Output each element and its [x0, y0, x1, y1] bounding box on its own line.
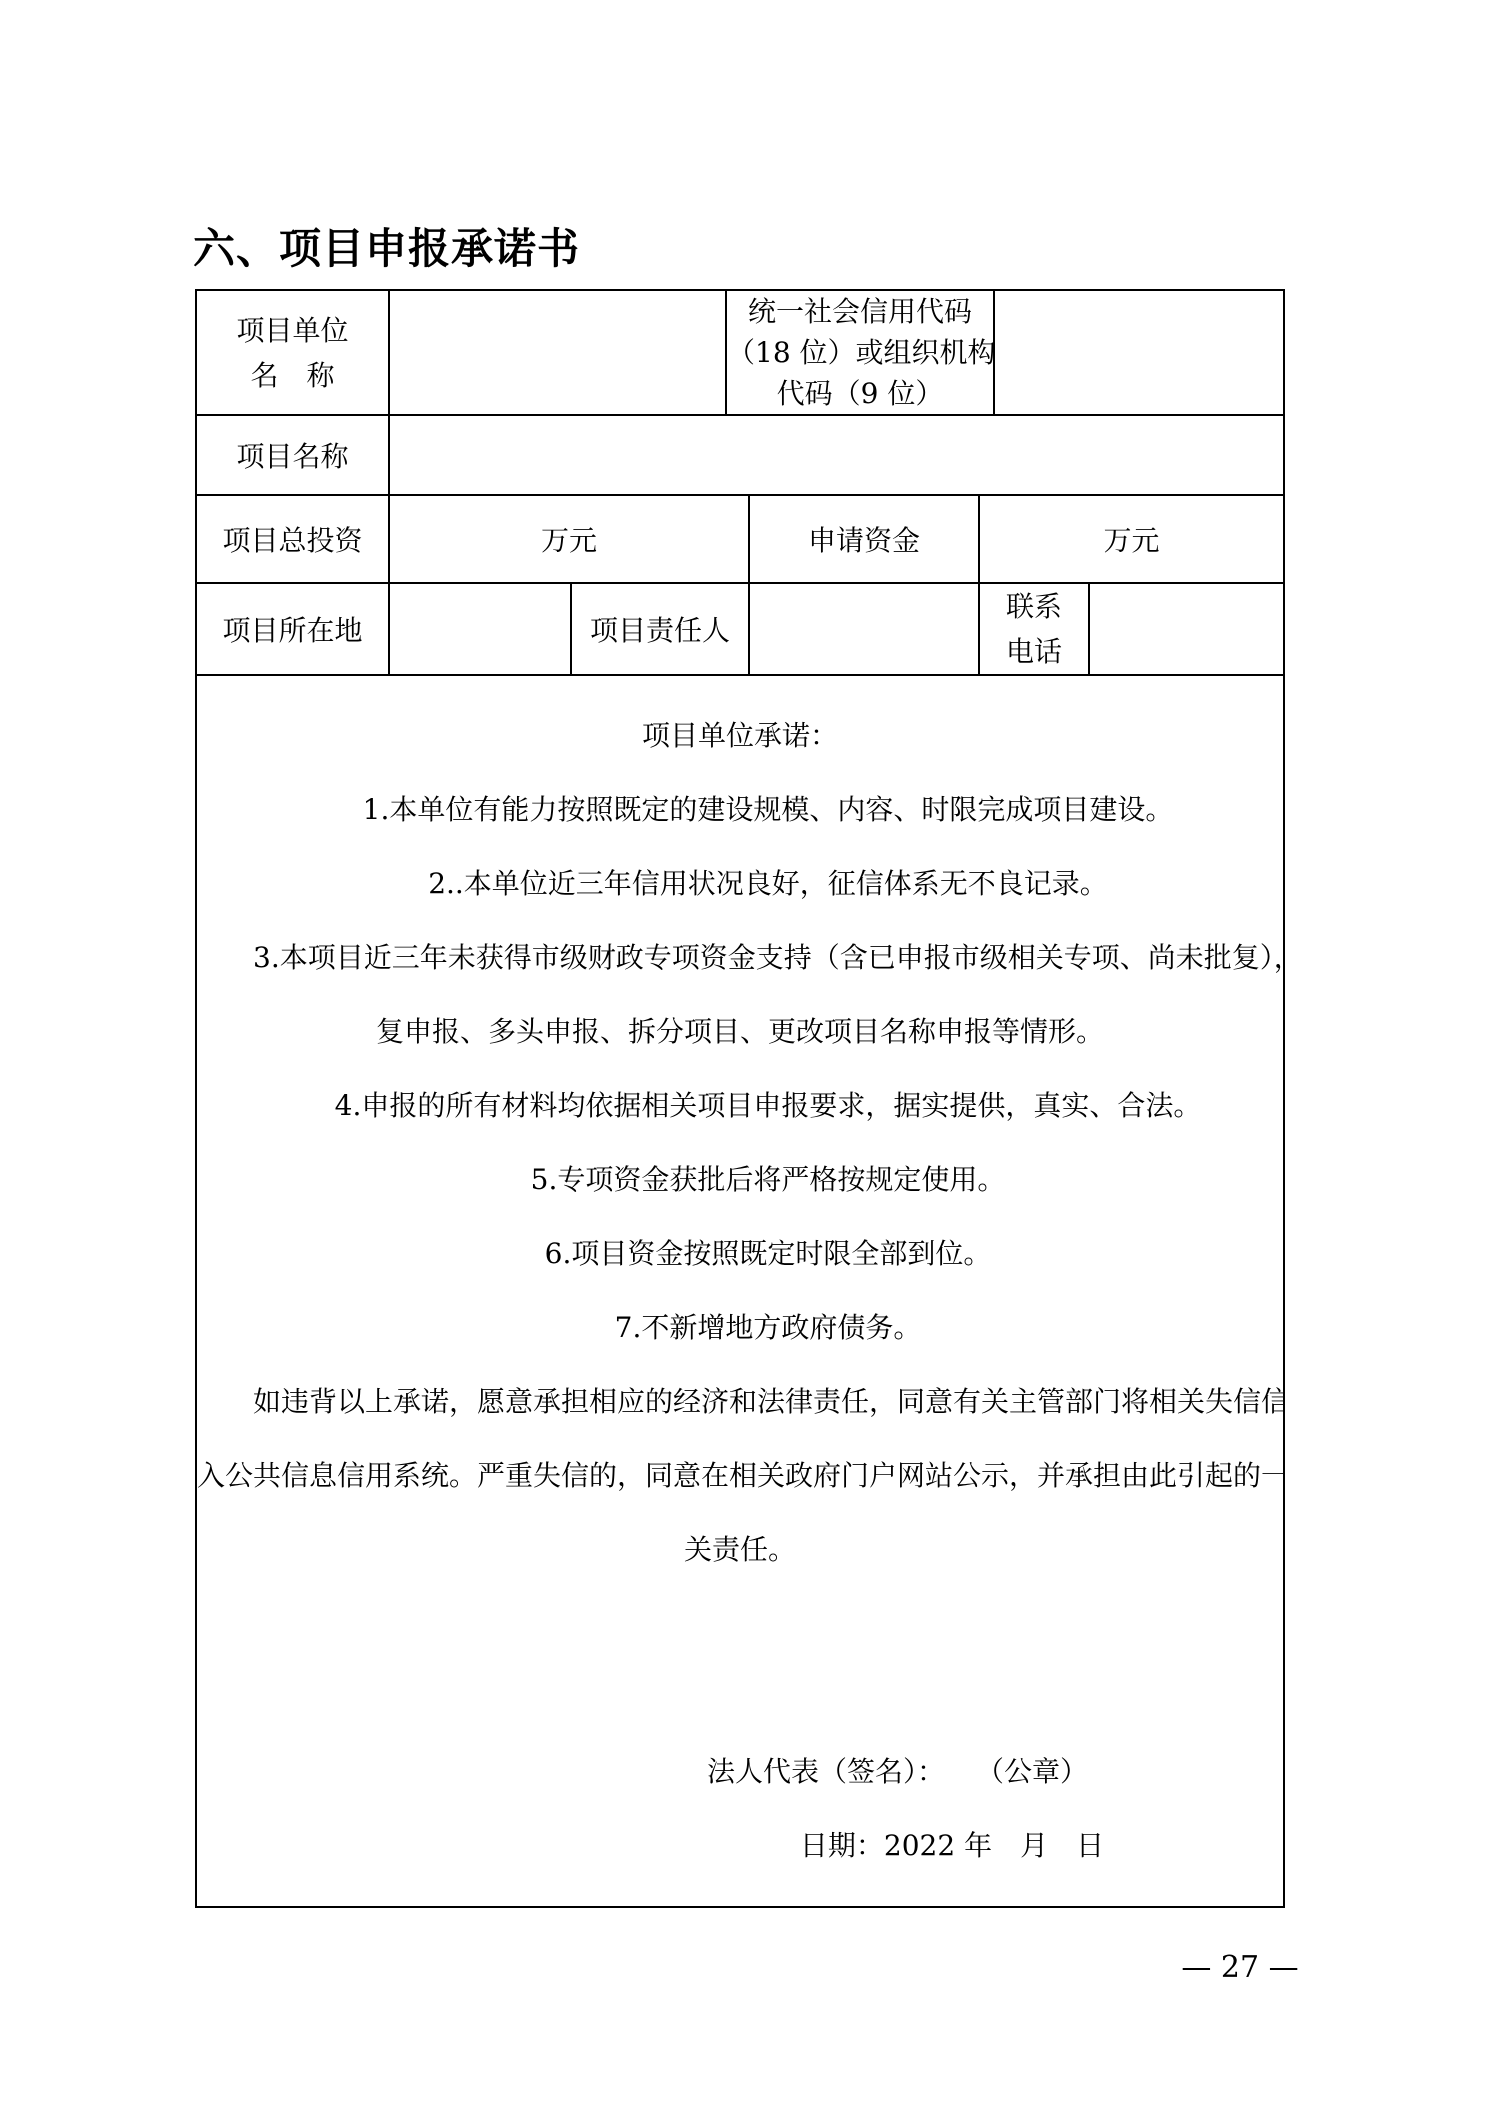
- commitment-line: 如违背以上承诺，愿意承担相应的经济和法律责任，同意有关主管部门将相关失信信息记: [197, 1365, 1283, 1439]
- credit-code-value-cell: [994, 290, 1284, 415]
- unit-name-value-cell: [389, 290, 726, 415]
- location-label: 项目所在地: [196, 583, 389, 675]
- phone-label: 联系 电话: [979, 583, 1089, 675]
- legal-representative-signature-label: 法人代表（签名）：: [707, 1755, 945, 1788]
- commitment-line: 6.项目资金按照既定时限全部到位。: [197, 1217, 1283, 1291]
- row-commitment: 项目单位承诺： 1.本单位有能力按照既定的建设规模、内容、时限完成项目建设。 2…: [196, 675, 1284, 1907]
- manager-label: 项目责任人: [571, 583, 749, 675]
- apply-funds-value-cell: 万元: [979, 495, 1284, 583]
- signature-line: 法人代表（签名）：（公章）: [197, 1735, 1283, 1809]
- commitment-line: 5.专项资金获批后将严格按规定使用。: [197, 1143, 1283, 1217]
- row-project-name: 项目名称: [196, 415, 1284, 495]
- official-seal-label: （公章）: [990, 1755, 1088, 1788]
- row-location: 项目所在地 项目责任人 联系 电话: [196, 583, 1284, 675]
- manager-value-cell: [749, 583, 979, 675]
- unit-name-label: 项目单位 名 称: [196, 290, 389, 415]
- document-page: 六、项目申报承诺书 项目单位 名 称 统一社会信用代码 （18 位）或组织机构 …: [0, 0, 1488, 2104]
- commitment-line: 3.本项目近三年未获得市级财政专项资金支持（含已申报市级相关专项、尚未批复），无…: [197, 921, 1283, 995]
- phone-value-cell: [1089, 583, 1284, 675]
- row-unit-name: 项目单位 名 称 统一社会信用代码 （18 位）或组织机构 代码（9 位）: [196, 290, 1284, 415]
- project-name-value-cell: [389, 415, 1284, 495]
- commitment-line: 4.申报的所有材料均依据相关项目申报要求，据实提供，真实、合法。: [197, 1069, 1283, 1143]
- commitment-heading: 项目单位承诺：: [197, 699, 1283, 773]
- total-investment-value-cell: 万元: [389, 495, 749, 583]
- credit-code-label: 统一社会信用代码 （18 位）或组织机构 代码（9 位）: [726, 290, 994, 415]
- commitment-line: 7.不新增地方政府债务。: [197, 1291, 1283, 1365]
- project-name-label: 项目名称: [196, 415, 389, 495]
- commitment-cell: 项目单位承诺： 1.本单位有能力按照既定的建设规模、内容、时限完成项目建设。 2…: [196, 675, 1284, 1907]
- commitment-line: 入公共信息信用系统。严重失信的，同意在相关政府门户网站公示，并承担由此引起的一切…: [197, 1439, 1283, 1513]
- commitment-line: 2..本单位近三年信用状况良好，征信体系无不良记录。: [197, 847, 1283, 921]
- commitment-line: 1.本单位有能力按照既定的建设规模、内容、时限完成项目建设。: [197, 773, 1283, 847]
- page-title: 六、项目申报承诺书: [193, 226, 580, 272]
- commitment-line: 复申报、多头申报、拆分项目、更改项目名称申报等情形。: [197, 995, 1283, 1069]
- apply-funds-label: 申请资金: [749, 495, 979, 583]
- date-line: 日期：2022 年 月 日: [197, 1809, 1283, 1883]
- location-value-cell: [389, 583, 571, 675]
- row-investment: 项目总投资 万元 申请资金 万元: [196, 495, 1284, 583]
- page-number: — 27 —: [1180, 1950, 1300, 1985]
- total-investment-label: 项目总投资: [196, 495, 389, 583]
- application-form-table: 项目单位 名 称 统一社会信用代码 （18 位）或组织机构 代码（9 位） 项目…: [195, 289, 1285, 1908]
- commitment-line: 关责任。: [197, 1513, 1283, 1587]
